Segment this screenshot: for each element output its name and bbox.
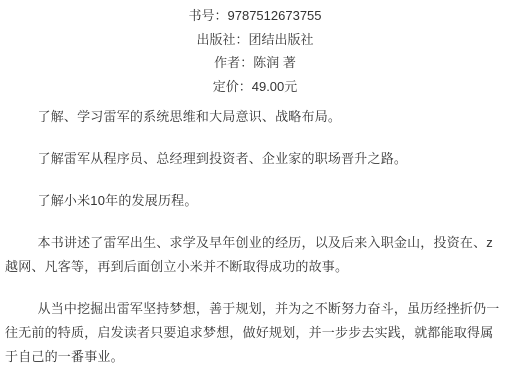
description-paragraph: 本书讲述了雷军出生、求学及早年创业的经历，以及后来入职金山，投资在、z越网、凡客… — [5, 231, 505, 279]
book-price-line: 定价：49.00元 — [0, 75, 510, 99]
description-paragraph: 了解、学习雷军的系统思维和大局意识、战略布局。 — [5, 105, 505, 129]
book-author-line: 作者：陈润 著 — [0, 51, 510, 75]
description-paragraph: 了解小米10年的发展历程。 — [5, 189, 505, 213]
book-price-label: 定价 — [213, 79, 239, 94]
book-publisher-value: 团结出版社 — [249, 32, 314, 47]
book-author-label: 作者 — [214, 55, 240, 70]
book-author-value: 陈润 著 — [253, 55, 296, 70]
label-separator: ： — [215, 8, 228, 23]
book-isbn-value: 9787512673755 — [228, 8, 322, 23]
book-isbn-line: 书号：9787512673755 — [0, 4, 510, 28]
book-price-value: 49.00元 — [252, 79, 298, 94]
book-publisher-line: 出版社：团结出版社 — [0, 28, 510, 52]
description-paragraph: 从当中挖掘出雷军坚持梦想，善于规划，并为之不断努力奋斗，虽历经挫折仍一往无前的特… — [5, 297, 505, 369]
book-info-block: 书号：9787512673755 出版社：团结出版社 作者：陈润 著 定价：49… — [0, 0, 510, 98]
label-separator: ： — [235, 32, 248, 47]
book-publisher-label: 出版社 — [196, 32, 235, 47]
book-isbn-label: 书号 — [188, 8, 214, 23]
description-paragraph: 了解雷军从程序员、总经理到投资者、企业家的职场晋升之路。 — [5, 147, 505, 171]
book-description-block: 了解、学习雷军的系统思维和大局意识、战略布局。 了解雷军从程序员、总经理到投资者… — [0, 105, 510, 369]
label-separator: ： — [240, 55, 253, 70]
label-separator: ： — [239, 79, 252, 94]
